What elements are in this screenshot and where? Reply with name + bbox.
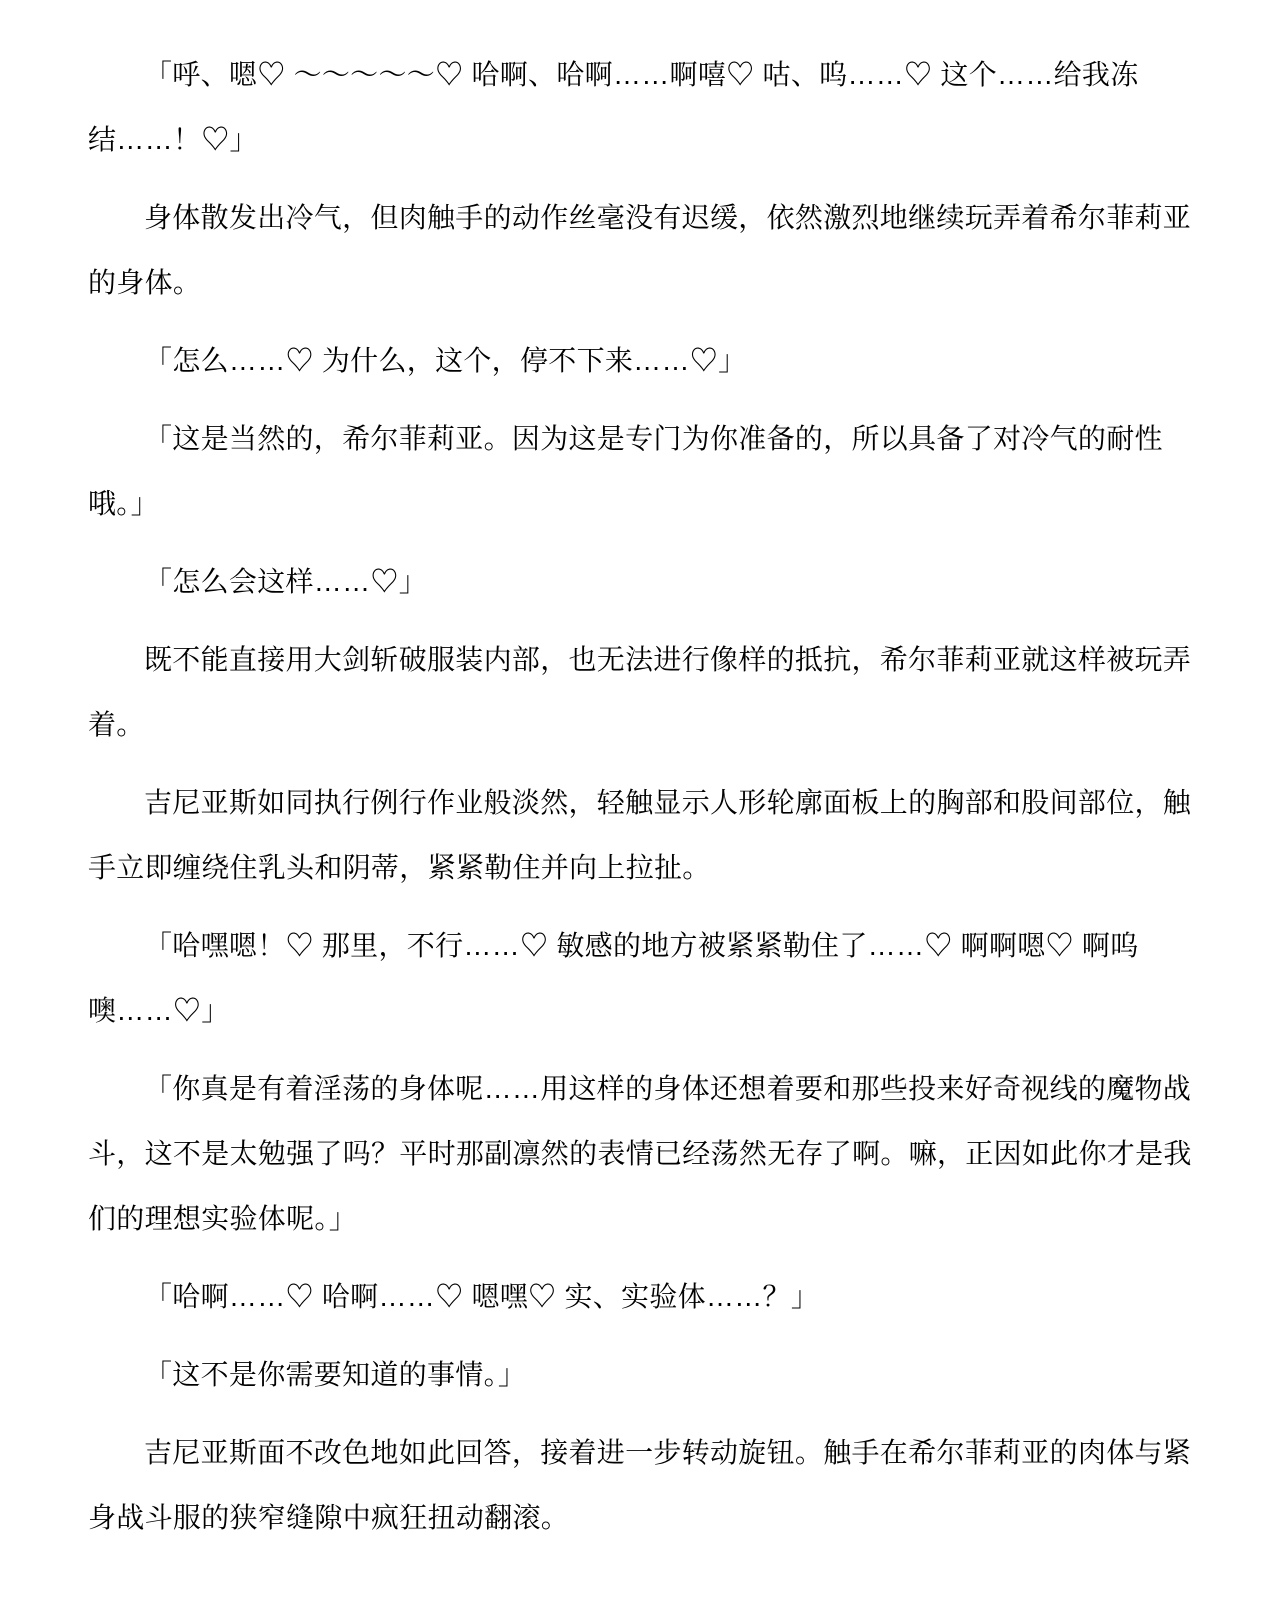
paragraph: 「怎么……♡ 为什么，这个，停不下来……♡」 [88, 328, 1192, 393]
text-line: 手立即缠绕住乳头和阴蒂，紧紧勒住并向上拉扯。 [88, 835, 1192, 900]
text-line: 身战斗服的狭窄缝隙中疯狂扭动翻滚。 [88, 1485, 1192, 1550]
text-line: 结……！♡」 [88, 107, 1192, 172]
paragraph: 既不能直接用大剑斩破服装内部，也无法进行像样的抵抗，希尔菲莉亚就这样被玩弄 着。 [88, 627, 1192, 757]
text-line: 哦。」 [88, 471, 1192, 536]
text-line: 「怎么会这样……♡」 [88, 549, 1192, 614]
paragraph: 「哈嘿嗯！♡ 那里，不行……♡ 敏感的地方被紧紧勒住了……♡ 啊啊嗯♡ 啊呜 噢… [88, 913, 1192, 1043]
paragraph: 身体散发出冷气，但肉触手的动作丝毫没有迟缓，依然激烈地继续玩弄着希尔菲莉亚 的身… [88, 185, 1192, 315]
novel-page-background: { "page": { "background_color": "#ffffff… [0, 0, 1280, 1624]
paragraph: 「你真是有着淫荡的身体呢……用这样的身体还想着要和那些投来好奇视线的魔物战 斗，… [88, 1056, 1192, 1251]
text-line: 的身体。 [88, 250, 1192, 315]
text-line: 斗，这不是太勉强了吗？平时那副凛然的表情已经荡然无存了啊。嘛，正因如此你才是我 [88, 1121, 1192, 1186]
text-line: 「怎么……♡ 为什么，这个，停不下来……♡」 [88, 328, 1192, 393]
text-line: 们的理想实验体呢。」 [88, 1186, 1192, 1251]
paragraph: 「这不是你需要知道的事情。」 [88, 1342, 1192, 1407]
text-line: 噢……♡」 [88, 978, 1192, 1043]
text-line: 既不能直接用大剑斩破服装内部，也无法进行像样的抵抗，希尔菲莉亚就这样被玩弄 [88, 627, 1192, 692]
paragraph: 吉尼亚斯如同执行例行作业般淡然，轻触显示人形轮廓面板上的胸部和股间部位，触 手立… [88, 770, 1192, 900]
text-line: 「这不是你需要知道的事情。」 [88, 1342, 1192, 1407]
text-line: 「哈嘿嗯！♡ 那里，不行……♡ 敏感的地方被紧紧勒住了……♡ 啊啊嗯♡ 啊呜 [88, 913, 1192, 978]
paragraph: 「这是当然的，希尔菲莉亚。因为这是专门为你准备的，所以具备了对冷气的耐性 哦。」 [88, 406, 1192, 536]
text-line: 吉尼亚斯面不改色地如此回答，接着进一步转动旋钮。触手在希尔菲莉亚的肉体与紧 [88, 1420, 1192, 1485]
paragraph: 吉尼亚斯面不改色地如此回答，接着进一步转动旋钮。触手在希尔菲莉亚的肉体与紧 身战… [88, 1420, 1192, 1550]
paragraph: 「怎么会这样……♡」 [88, 549, 1192, 614]
text-line: 着。 [88, 692, 1192, 757]
text-line: 「哈啊……♡ 哈啊……♡ 嗯嘿♡ 实、实验体……？」 [88, 1264, 1192, 1329]
paragraph: 「呼、嗯♡ ～～～～～♡ 哈啊、哈啊……啊嘻♡ 咕、呜……♡ 这个……给我冻 结… [88, 42, 1192, 172]
text-line: 「这是当然的，希尔菲莉亚。因为这是专门为你准备的，所以具备了对冷气的耐性 [88, 406, 1192, 471]
text-line: 身体散发出冷气，但肉触手的动作丝毫没有迟缓，依然激烈地继续玩弄着希尔菲莉亚 [88, 185, 1192, 250]
text-line: 吉尼亚斯如同执行例行作业般淡然，轻触显示人形轮廓面板上的胸部和股间部位，触 [88, 770, 1192, 835]
page: 「呼、嗯♡ ～～～～～♡ 哈啊、哈啊……啊嘻♡ 咕、呜……♡ 这个……给我冻 结… [0, 0, 1280, 1624]
text-line: 「你真是有着淫荡的身体呢……用这样的身体还想着要和那些投来好奇视线的魔物战 [88, 1056, 1192, 1121]
paragraph: 「哈啊……♡ 哈啊……♡ 嗯嘿♡ 实、实验体……？」 [88, 1264, 1192, 1329]
text-line: 「呼、嗯♡ ～～～～～♡ 哈啊、哈啊……啊嘻♡ 咕、呜……♡ 这个……给我冻 [88, 42, 1192, 107]
